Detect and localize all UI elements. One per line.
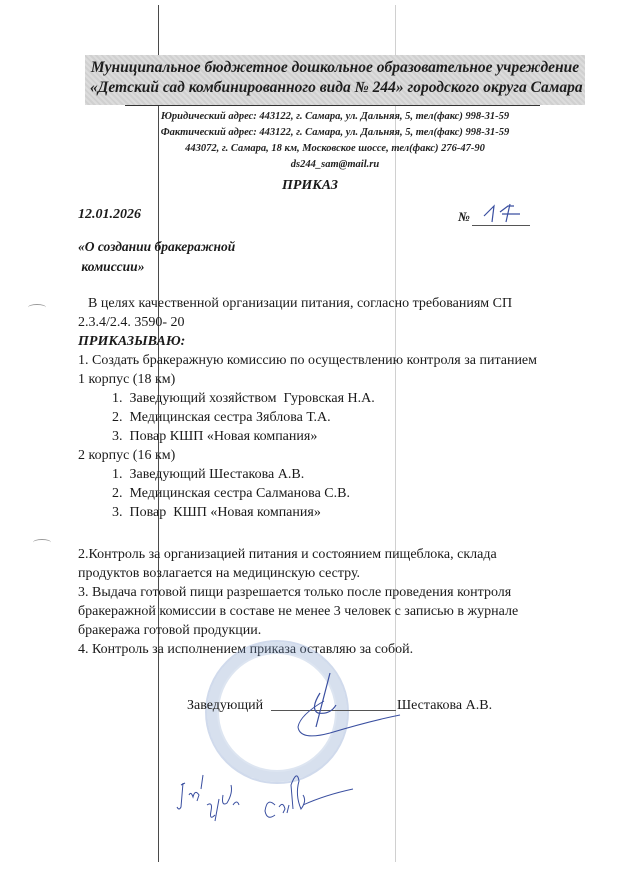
building2-member: 3. Повар КШП «Новая компания» — [112, 503, 321, 522]
email: ds244_sam@mail.ru — [90, 159, 580, 170]
punch-hole-mark — [33, 539, 51, 546]
item3-line2: бракеражной комиссии в составе не менее … — [78, 602, 518, 621]
building1-label: 1 корпус (18 км) — [78, 370, 175, 389]
commission-signatures — [175, 765, 355, 825]
letterhead-divider — [125, 105, 540, 106]
signer-name: Шестакова А.В. — [397, 696, 492, 715]
item3-line1: 3. Выдача готовой пищи разрешается тольк… — [78, 583, 511, 602]
order-subject: «О создании бракеражной комиссии» — [78, 237, 235, 277]
building1-member: 1. Заведующий хозяйством Гуровская Н.А. — [112, 389, 375, 408]
building1-member: 2. Медицинская сестра Зяблова Т.А. — [112, 408, 331, 427]
handwritten-order-number — [480, 198, 530, 226]
building2-member: 1. Заведующий Шестакова А.В. — [112, 465, 304, 484]
item2-line1: 2.Контроль за организацией питания и сос… — [78, 545, 497, 564]
order-number-label: № — [458, 209, 470, 225]
second-address: 443072, г. Самара, 18 км, Московское шос… — [90, 143, 580, 154]
order-date: 12.01.2026 — [78, 207, 141, 223]
building1-member: 3. Повар КШП «Новая компания» — [112, 427, 317, 446]
org-name-line1: Муниципальное бюджетное дошкольное образ… — [90, 59, 580, 77]
intro-line1: В целях качественной организации питания… — [88, 294, 512, 313]
director-signature — [290, 665, 410, 745]
building2-member: 2. Медицинская сестра Салманова С.В. — [112, 484, 350, 503]
item1: 1. Создать бракеражную комиссию по осуще… — [78, 351, 537, 370]
signer-position: Заведующий — [187, 696, 263, 715]
legal-address: Юридический адрес: 443122, г. Самара, ул… — [90, 111, 580, 122]
item3-line3: бракеража готовой продукции. — [78, 621, 261, 640]
building2-label: 2 корпус (16 км) — [78, 446, 175, 465]
document-title: ПРИКАЗ — [0, 178, 620, 194]
punch-hole-mark — [28, 304, 46, 311]
item2-line2: продуктов возлагается на медицинскую сес… — [78, 564, 360, 583]
actual-address: Фактический адрес: 443122, г. Самара, ул… — [90, 127, 580, 138]
intro-line2: 2.3.4/2.4. 3590- 20 — [78, 313, 185, 332]
org-name-line2: «Детский сад комбинированного вида № 244… — [90, 79, 580, 97]
directive-heading: ПРИКАЗЫВАЮ: — [78, 332, 185, 351]
